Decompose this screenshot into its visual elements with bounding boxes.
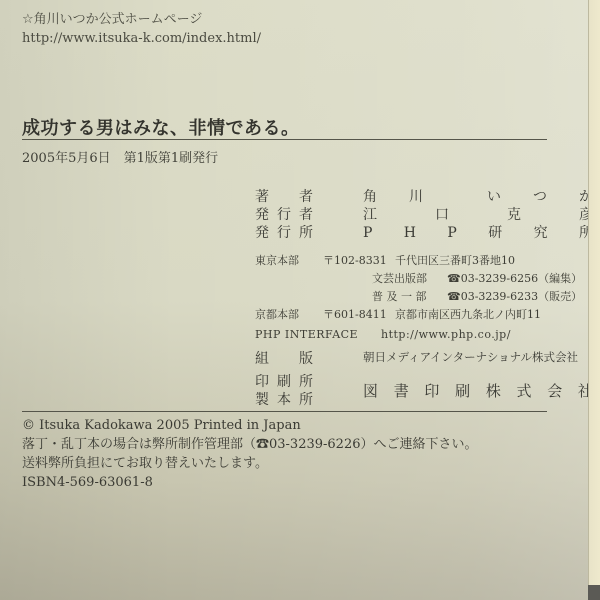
credit-author: 著 者 角 川 い つ か <box>255 188 593 206</box>
role-char: 者 <box>299 206 313 224</box>
street-address: 京都市南区西九条北ノ内町11 <box>395 306 541 324</box>
printing-credit: 印 刷 所 製 本 所 図 書 印 刷 株 式 会 社 <box>255 373 593 409</box>
credits-block: 著 者 角 川 い つ か 発 行 者 江 口 克 <box>255 188 593 242</box>
name-char: 口 <box>435 206 449 224</box>
footer-divider <box>22 411 547 412</box>
credit-role: 著 者 <box>255 188 313 206</box>
credit-name: 角 川 い つ か <box>363 188 593 206</box>
homepage-label: ☆角川いつか公式ホームページ <box>22 8 202 27</box>
address-block: 東京本部 〒102-8331 千代田区三番町3番地10 文芸出版部 ☎03-32… <box>255 252 582 324</box>
role-char: 刷 <box>277 373 291 391</box>
company-char: 書 <box>394 373 409 409</box>
name-char: 角 <box>363 188 377 206</box>
role-char: 組 <box>255 348 269 368</box>
name-char: つ <box>533 188 547 206</box>
name-char: い <box>487 188 501 206</box>
role-char: 印 <box>255 373 269 391</box>
dept-name: 文芸出版部 <box>372 270 447 288</box>
company-char: 印 <box>424 373 439 409</box>
colophon-page: ☆角川いつか公式ホームページ http://www.itsuka-k.com/i… <box>0 0 588 600</box>
print-company: 図 書 印 刷 株 式 会 社 <box>363 373 593 409</box>
office-name: 京都本部 <box>255 306 323 324</box>
role-char: 所 <box>299 373 313 391</box>
print-roles: 印 刷 所 製 本 所 <box>255 373 313 409</box>
credit-role: 発 行 者 <box>255 206 313 224</box>
role-char: 製 <box>255 391 269 409</box>
fukyu-phone: 普 及 一 部 ☎03-3239-6233 （販売） <box>255 288 582 306</box>
role-char: 行 <box>277 224 291 242</box>
homepage-url[interactable]: http://www.itsuka-k.com/index.html/ <box>22 31 261 46</box>
credit-publisher-person: 発 行 者 江 口 克 彦 <box>255 206 593 224</box>
interface-url[interactable]: http://www.php.co.jp/ <box>381 328 511 341</box>
php-interface: PHP INTERFACE http://www.php.co.jp/ <box>255 328 511 341</box>
name-char: 江 <box>363 206 377 224</box>
copyright: © Itsuka Kadokawa 2005 Printed in Japan <box>22 416 478 435</box>
dept-name: 普 及 一 部 <box>372 288 447 306</box>
adjacent-page-edge <box>588 0 600 590</box>
credit-publisher-company: 発 行 所 P H P 研 究 所 <box>255 224 593 242</box>
book-title: 成功する男はみな、非情である。 <box>22 114 300 140</box>
postal-code: 〒601-8411 <box>323 306 395 324</box>
office-name: 東京本部 <box>255 252 323 270</box>
tokyo-address: 東京本部 〒102-8331 千代田区三番町3番地10 <box>255 252 582 270</box>
company-char: 株 <box>486 373 501 409</box>
name-char: 克 <box>507 206 521 224</box>
name-char: 研 <box>488 224 502 242</box>
company-char: 図 <box>363 373 378 409</box>
street-address: 千代田区三番町3番地10 <box>395 252 515 270</box>
phone-note: （編集） <box>538 270 582 288</box>
company-char: 刷 <box>455 373 470 409</box>
name-char: P <box>447 224 456 242</box>
typesetting-credit: 組 版 朝日メディアインターナショナル株式会社 <box>255 348 578 368</box>
credit-name: 江 口 克 彦 <box>363 206 593 224</box>
role-char: 者 <box>299 188 313 206</box>
company-char: 式 <box>517 373 532 409</box>
role-char: 行 <box>277 206 291 224</box>
name-char: 究 <box>534 224 548 242</box>
role-char: 版 <box>299 348 313 368</box>
name-char: H <box>404 224 416 242</box>
footer-block: © Itsuka Kadokawa 2005 Printed in Japan … <box>22 416 478 492</box>
credit-role: 発 行 所 <box>255 224 313 242</box>
interface-label: PHP INTERFACE <box>255 328 377 341</box>
postal-code: 〒102-8331 <box>323 252 395 270</box>
role-char: 発 <box>255 206 269 224</box>
company-char: 会 <box>547 373 562 409</box>
role-char: 所 <box>299 391 313 409</box>
role-char: 本 <box>277 391 291 409</box>
phone-note: （販売） <box>538 288 582 306</box>
isbn: ISBN4-569-63061-8 <box>22 473 478 492</box>
phone-number: ☎03-3239-6256 <box>447 270 538 288</box>
phone-number: ☎03-3239-6233 <box>447 288 538 306</box>
title-divider <box>22 139 547 140</box>
kyoto-address: 京都本部 〒601-8411 京都市南区西九条北ノ内町11 <box>255 306 582 324</box>
typeset-company: 朝日メディアインターナショナル株式会社 <box>363 348 578 368</box>
typeset-role: 組 版 <box>255 348 313 368</box>
shipping-notice: 送料弊所負担にてお取り替えいたします。 <box>22 454 478 473</box>
credit-name: P H P 研 究 所 <box>363 224 593 242</box>
role-char: 発 <box>255 224 269 242</box>
bungei-phone: 文芸出版部 ☎03-3239-6256 （編集） <box>255 270 582 288</box>
corner-shadow <box>588 585 600 600</box>
name-char: P <box>363 224 372 242</box>
return-notice: 落丁・乱丁本の場合は弊所制作管理部（☎03-3239-6226）へご連絡下さい。 <box>22 435 478 454</box>
role-char: 所 <box>299 224 313 242</box>
publication-date: 2005年5月6日 第1版第1刷発行 <box>22 147 218 166</box>
role-char: 著 <box>255 188 269 206</box>
name-char: 川 <box>409 188 423 206</box>
